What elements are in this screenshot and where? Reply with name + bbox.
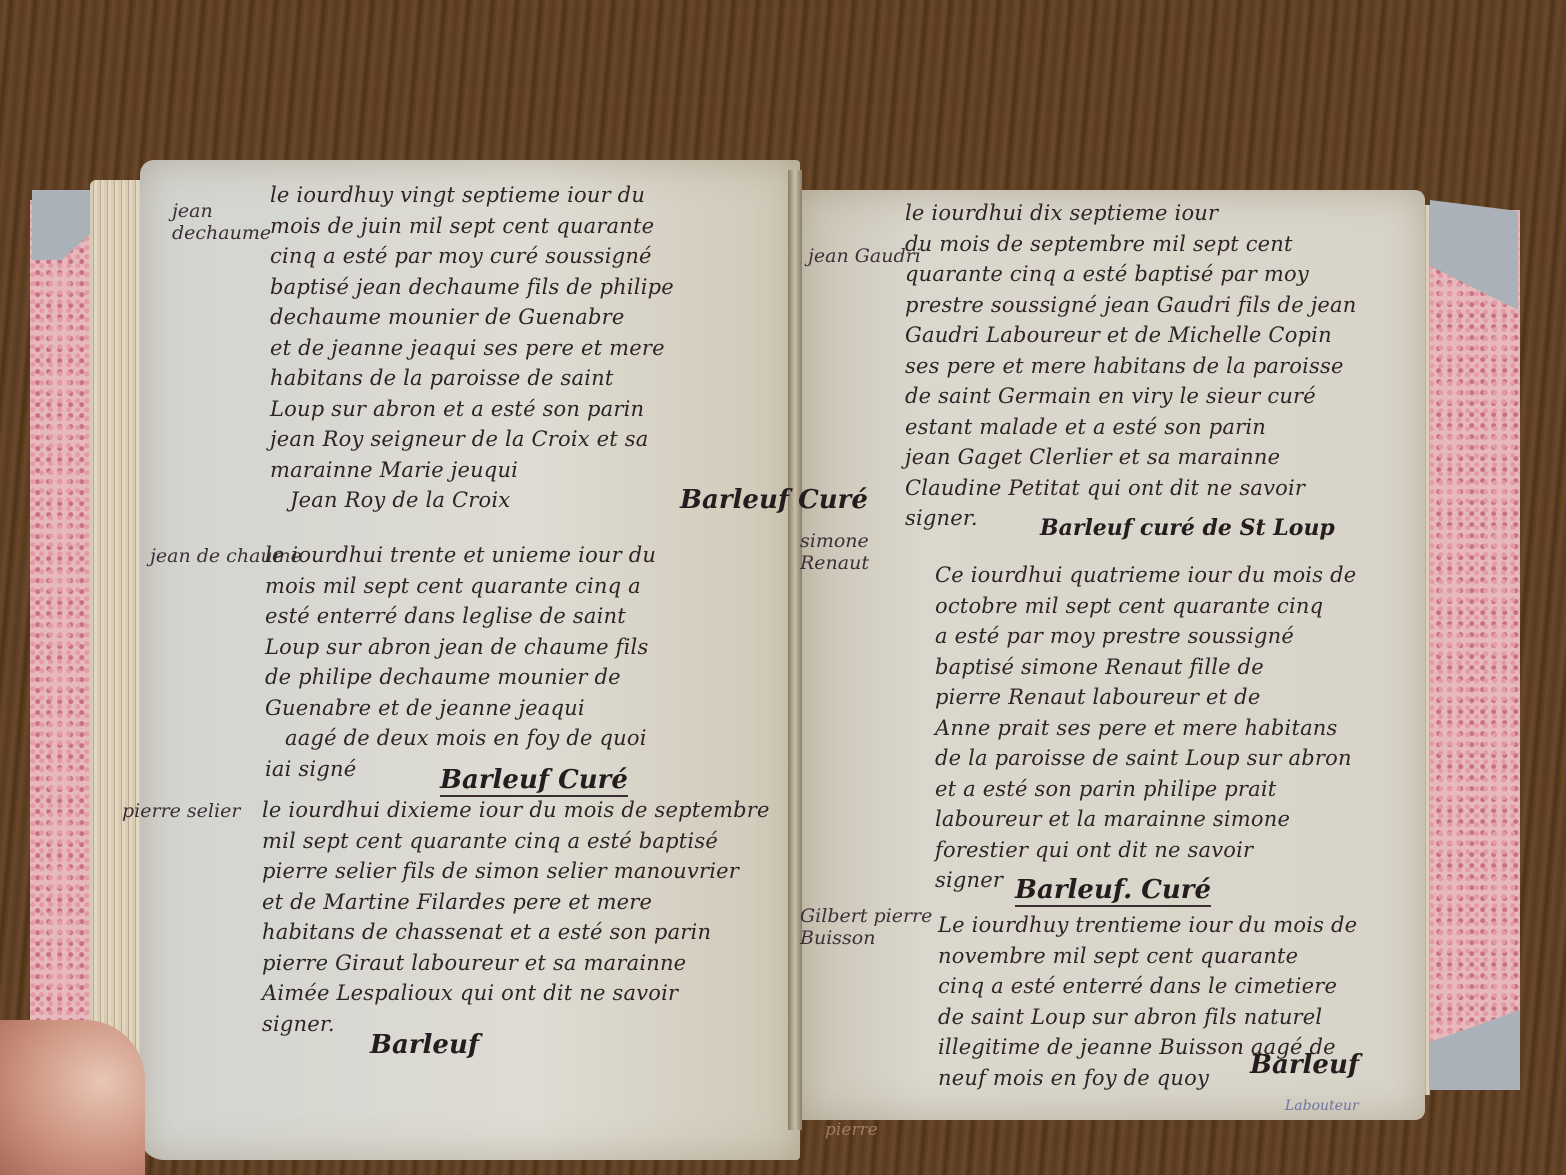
priest-signature: Barleuf curé de St Loup bbox=[1040, 515, 1335, 541]
register-entry: Ce iourdhui quatrieme iour du mois de oc… bbox=[935, 560, 1356, 896]
margin-text: dechaume bbox=[172, 222, 271, 244]
margin-name-entry-5: simone Renaut bbox=[800, 530, 869, 574]
entry-line: mois mil sept cent quarante cinq a bbox=[265, 571, 656, 602]
entry-line: Gaudri Laboureur et de Michelle Copin bbox=[905, 320, 1357, 351]
entry-line: Le iourdhuy trentieme iour du mois de bbox=[938, 910, 1357, 941]
entry-line: signer. bbox=[262, 1009, 770, 1040]
entry-line: esté enterré dans leglise de saint bbox=[265, 601, 656, 632]
entry-line: de saint Loup sur abron fils naturel bbox=[938, 1002, 1357, 1033]
entry-line: Guenabre et de jeanne jeaqui bbox=[265, 693, 656, 724]
entry-line: et de jeanne jeaqui ses pere et mere bbox=[270, 333, 674, 364]
book-gutter bbox=[788, 170, 802, 1130]
entry-line: ses pere et mere habitans de la paroisse bbox=[905, 351, 1357, 382]
entry-line: mil sept cent quarante cinq a esté bapti… bbox=[262, 826, 770, 857]
entry-line: cinq a esté enterré dans le cimetiere bbox=[938, 971, 1357, 1002]
entry-line: de la paroisse de saint Loup sur abron bbox=[935, 743, 1356, 774]
margin-text: simone bbox=[800, 530, 869, 552]
thumb-holding-page bbox=[0, 1020, 145, 1175]
entry-line: de philipe dechaume mounier de bbox=[265, 662, 656, 693]
priest-signature: Barleuf Curé bbox=[680, 485, 868, 515]
entry-line: le iourdhui trente et unieme iour du bbox=[265, 540, 656, 571]
margin-text: Renaut bbox=[800, 552, 869, 574]
priest-signature: Barleuf Curé bbox=[440, 765, 628, 797]
entry-line: forestier qui ont dit ne savoir bbox=[935, 835, 1356, 866]
register-entry: le iourdhui dixieme iour du mois de sept… bbox=[262, 795, 770, 1039]
entry-line: Ce iourdhui quatrieme iour du mois de bbox=[935, 560, 1356, 591]
margin-text: pierre selier bbox=[122, 800, 240, 822]
entry-line: a esté par moy prestre soussigné bbox=[935, 621, 1356, 652]
entry-line: laboureur et la marainne simone bbox=[935, 804, 1356, 835]
entry-line: pierre selier fils de simon selier manou… bbox=[262, 856, 770, 887]
entry-line: habitans de la paroisse de saint bbox=[270, 363, 674, 394]
entry-line: du mois de septembre mil sept cent bbox=[905, 229, 1357, 260]
entry-line: et a esté son parin philipe prait bbox=[935, 774, 1356, 805]
margin-text: Buisson bbox=[800, 927, 932, 949]
register-entry: le iourdhui trente et unieme iour du moi… bbox=[265, 540, 656, 784]
entry-line: pierre Renaut laboureur et de bbox=[935, 682, 1356, 713]
margin-name-entry-3: pierre selier bbox=[122, 800, 240, 822]
entry-line: Claudine Petitat qui ont dit ne savoir bbox=[905, 473, 1357, 504]
entry-line: aagé de deux mois en foy de quoi bbox=[265, 723, 656, 754]
entry-line: Loup sur abron et a esté son parin bbox=[270, 394, 674, 425]
margin-text: jean Gaudri bbox=[808, 245, 921, 267]
entry-line: marainne Marie jeuqui bbox=[270, 455, 674, 486]
entry-line: habitans de chassenat et a esté son pari… bbox=[262, 917, 770, 948]
entry-line: prestre soussigné jean Gaudri fils de je… bbox=[905, 290, 1357, 321]
entry-line: de saint Germain en viry le sieur curé bbox=[905, 381, 1357, 412]
entry-line: Anne prait ses pere et mere habitans bbox=[935, 713, 1356, 744]
entry-line: le iourdhuy vingt septieme iour du bbox=[270, 180, 674, 211]
bottom-note-blue: Labouteur bbox=[1285, 1098, 1359, 1114]
entry-line: Loup sur abron jean de chaume fils bbox=[265, 632, 656, 663]
entry-line: estant malade et a esté son parin bbox=[905, 412, 1357, 443]
margin-text: jean bbox=[172, 200, 271, 222]
entry-line: et de Martine Filardes pere et mere bbox=[262, 887, 770, 918]
entry-line: dechaume mounier de Guenabre bbox=[270, 302, 674, 333]
priest-signature: Barleuf bbox=[1250, 1050, 1359, 1080]
priest-signature: Barleuf. Curé bbox=[1015, 875, 1211, 907]
register-entry: le iourdhuy vingt septieme iour du mois … bbox=[270, 180, 674, 516]
entry-line: cinq a esté par moy curé soussigné bbox=[270, 241, 674, 272]
entry-line: Jean Roy de la Croix bbox=[270, 485, 674, 516]
entry-line: novembre mil sept cent quarante bbox=[938, 941, 1357, 972]
marbled-cover-right bbox=[1420, 210, 1520, 1070]
entry-line: baptisé simone Renaut fille de bbox=[935, 652, 1356, 683]
entry-line: mois de juin mil sept cent quarante bbox=[270, 211, 674, 242]
entry-line: le iourdhui dixieme iour du mois de sept… bbox=[262, 795, 770, 826]
entry-line: quarante cinq a esté baptisé par moy bbox=[905, 259, 1357, 290]
bottom-note-pencil: pierre bbox=[825, 1120, 878, 1140]
entry-line: octobre mil sept cent quarante cinq bbox=[935, 591, 1356, 622]
entry-line: Aimée Lespalioux qui ont dit ne savoir bbox=[262, 978, 770, 1009]
entry-line: le iourdhui dix septieme iour bbox=[905, 198, 1357, 229]
entry-line: baptisé jean dechaume fils de philipe bbox=[270, 272, 674, 303]
margin-name-entry-1: jean dechaume bbox=[172, 200, 271, 244]
register-entry: le iourdhui dix septieme iour du mois de… bbox=[905, 198, 1357, 534]
entry-line: jean Roy seigneur de la Croix et sa bbox=[270, 424, 674, 455]
entry-line: pierre Giraut laboureur et sa marainne bbox=[262, 948, 770, 979]
margin-name-entry-4: jean Gaudri bbox=[808, 245, 921, 267]
margin-name-entry-6: Gilbert pierre Buisson bbox=[800, 905, 932, 949]
priest-signature: Barleuf bbox=[370, 1030, 479, 1060]
margin-text: Gilbert pierre bbox=[800, 905, 932, 927]
entry-line: jean Gaget Clerlier et sa marainne bbox=[905, 442, 1357, 473]
